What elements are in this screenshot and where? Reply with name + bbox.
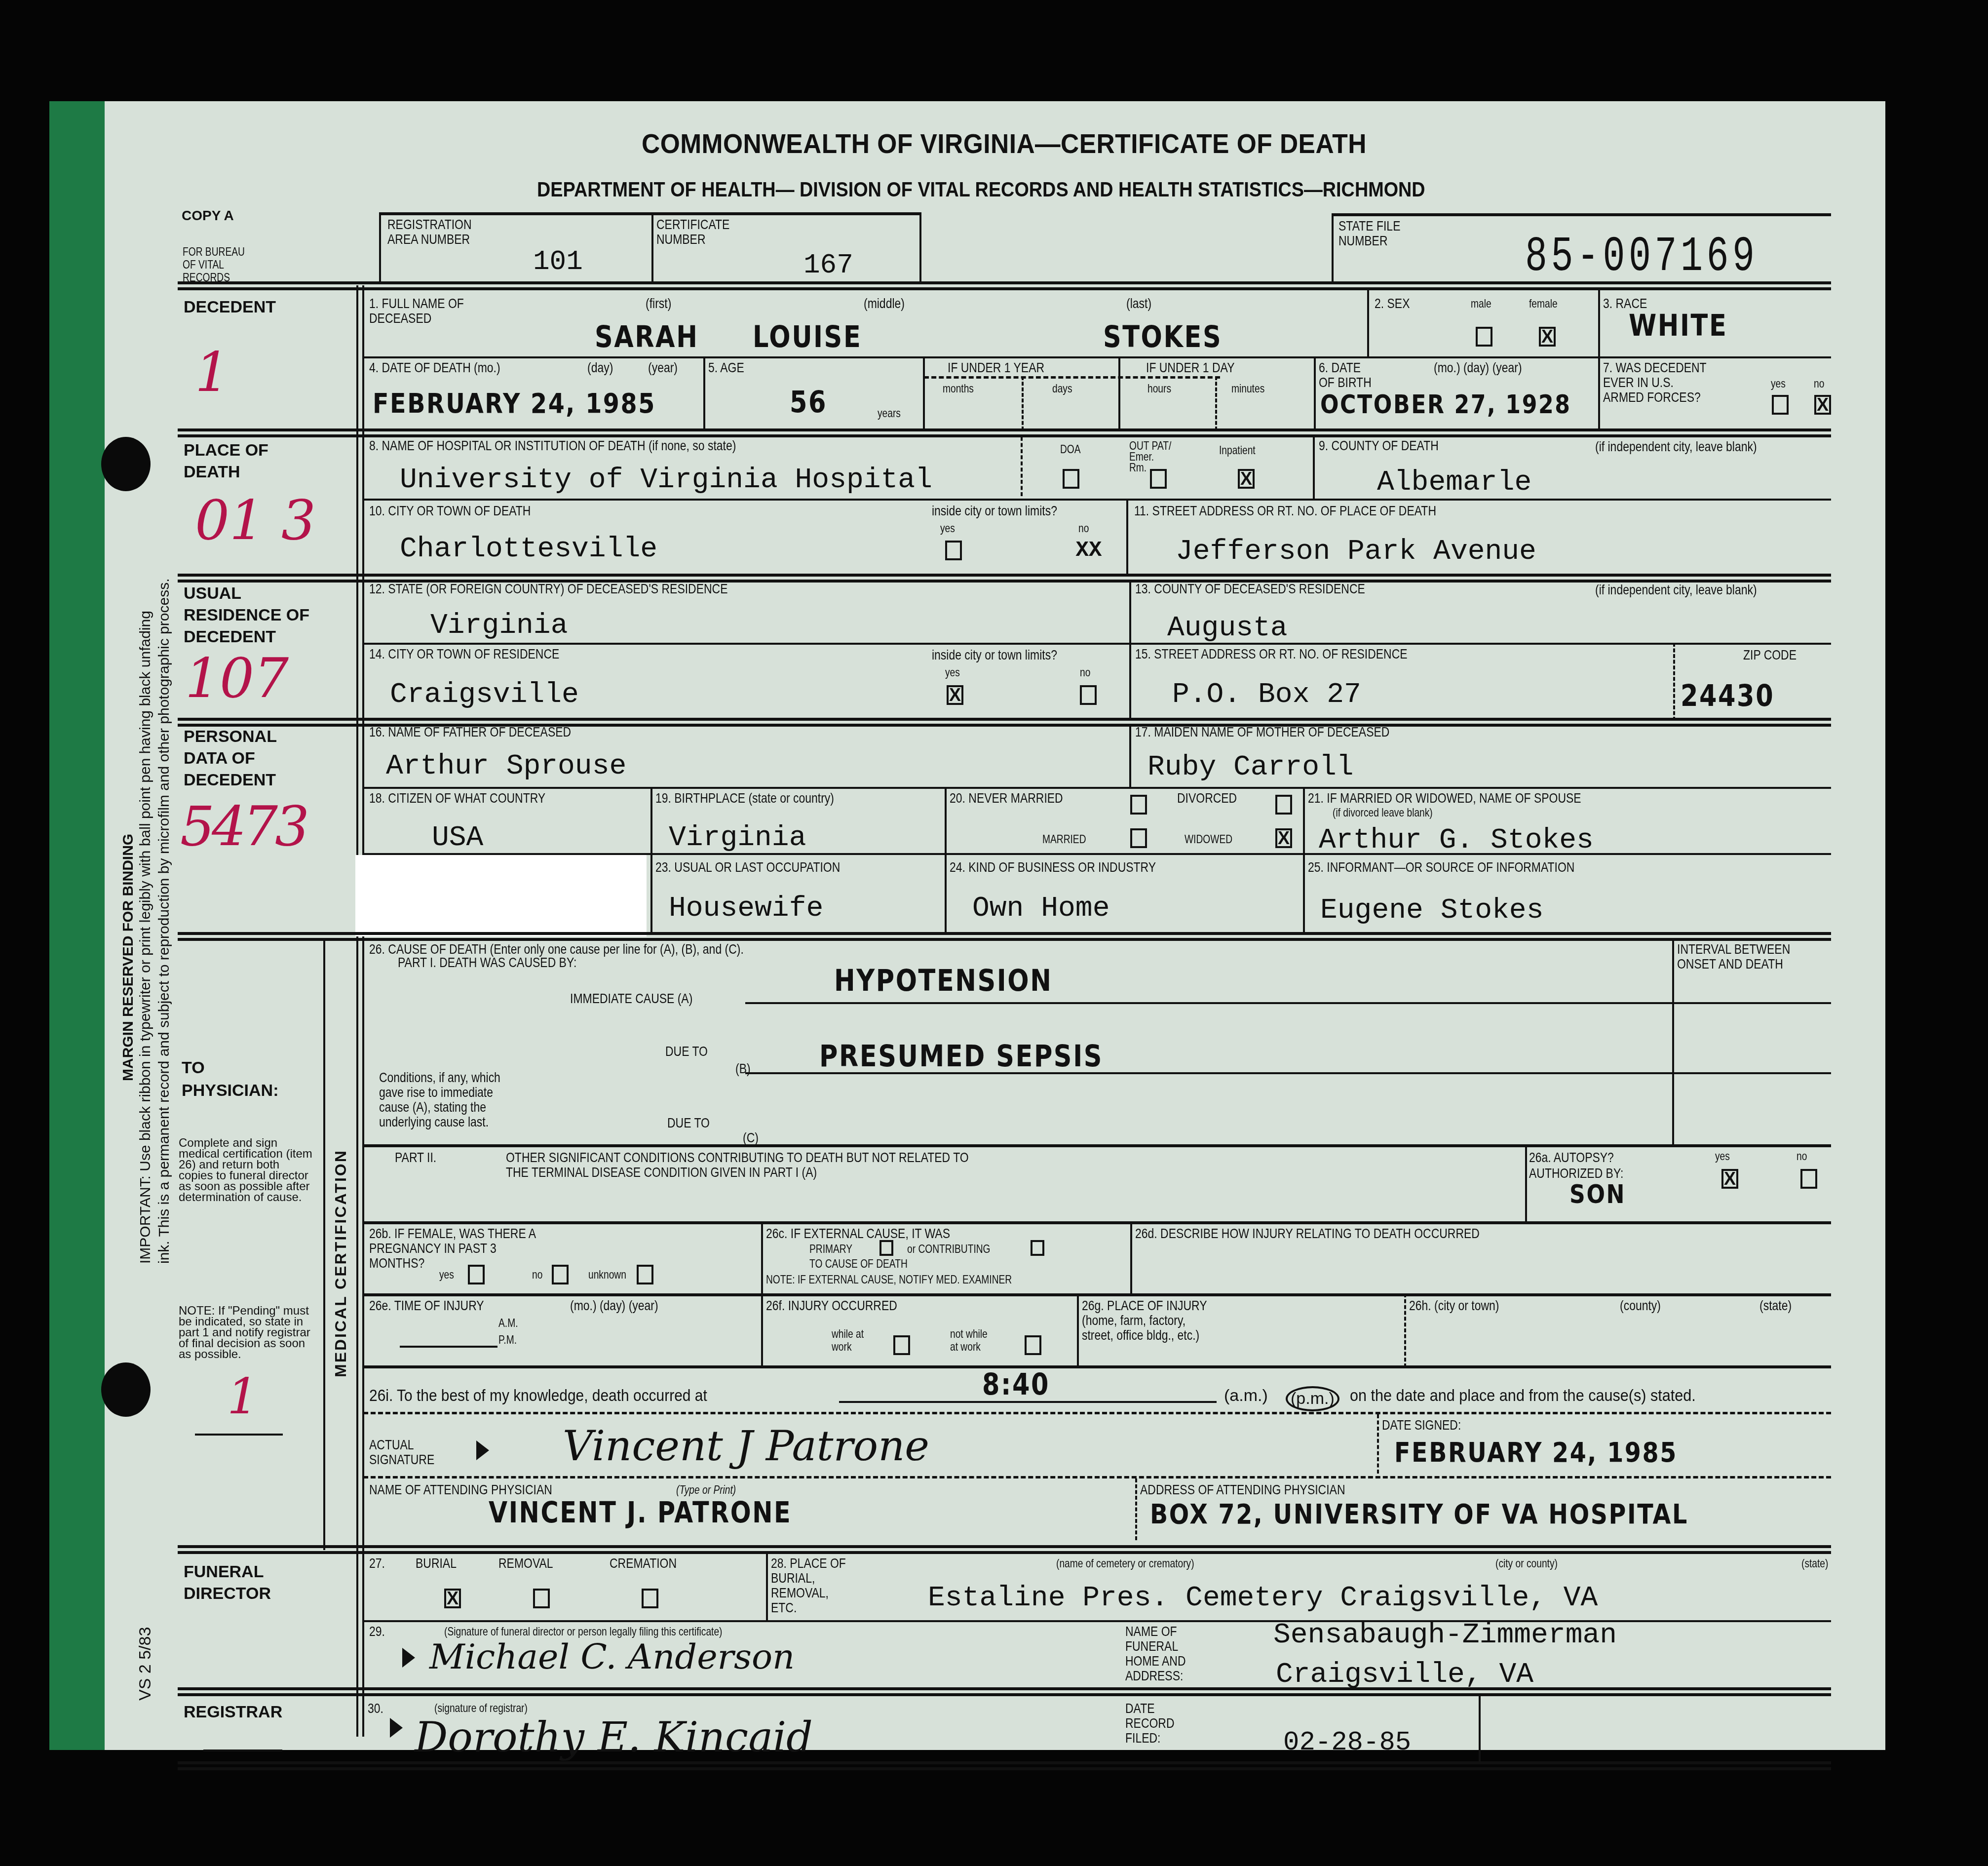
certificate-number: 167	[803, 249, 853, 281]
funeral-director-signature[interactable]: Michael C. Anderson	[429, 1636, 795, 1677]
date-signed[interactable]: FEBRUARY 24, 1985	[1394, 1437, 1678, 1469]
punch-hole-top	[101, 437, 151, 491]
decedent-code: 1	[195, 341, 229, 404]
rule	[1673, 643, 1675, 721]
funeral-signature-arrow-icon	[402, 1648, 415, 1668]
f13-hint: (if independent city, leave blank)	[1595, 583, 1757, 597]
rule	[363, 787, 1831, 789]
rule	[1135, 1478, 1137, 1540]
rule	[945, 787, 947, 935]
usual-residence-code: 107	[185, 647, 289, 710]
f27-label: 27.	[369, 1556, 385, 1571]
under-1-day-label: IF UNDER 1 DAY	[1146, 360, 1234, 375]
married-checkbox[interactable]	[1130, 828, 1147, 848]
f10-label: 10. CITY OR TOWN OF DEATH	[369, 504, 531, 518]
rule	[1672, 938, 1674, 1144]
time-of-death[interactable]: 8:40	[982, 1367, 1050, 1402]
due-to-b-label: DUE TO	[665, 1044, 708, 1059]
rule	[1332, 213, 1334, 282]
external-contributing-checkbox[interactable]	[1031, 1240, 1044, 1256]
rule	[1130, 1221, 1132, 1295]
f26b-label: 26b. IF FEMALE, WAS THERE A PREGNANCY IN…	[369, 1226, 539, 1271]
place-of-death-code: 01 3	[195, 489, 316, 552]
f2-female-label: female	[1529, 298, 1558, 311]
age-value[interactable]: 56	[790, 385, 827, 420]
autopsy-yes-checkbox[interactable]: X	[1721, 1169, 1738, 1189]
section-personal-data: PERSONAL DATA OF DECEDENT	[184, 726, 302, 791]
rule	[919, 212, 921, 281]
rule	[1021, 437, 1023, 496]
medical-certification-label: MEDICAL CERTIFICATION	[330, 1149, 351, 1377]
f16-label: 16. NAME OF FATHER OF DECEASED	[369, 725, 571, 739]
immediate-cause[interactable]: HYPOTENSION	[834, 964, 1052, 998]
never-married-checkbox[interactable]	[1130, 795, 1147, 815]
f15-label: 15. STREET ADDRESS OR RT. NO. OF RESIDEN…	[1135, 647, 1408, 661]
registration-area-number: 101	[533, 246, 583, 277]
f10-yes-label: yes	[940, 522, 955, 535]
state-of-residence[interactable]: Virginia	[430, 610, 568, 642]
occupation[interactable]: Housewife	[669, 893, 823, 925]
rule	[178, 718, 1831, 721]
autopsy-yes-label: yes	[1715, 1150, 1730, 1163]
registrar-signature-arrow-icon	[390, 1718, 403, 1738]
rule	[839, 1401, 1217, 1403]
rule	[178, 287, 1831, 290]
f26d-label: 26d. DESCRIBE HOW INJURY RELATING TO DEA…	[1135, 1226, 1480, 1241]
rule	[379, 212, 381, 281]
f7-yes-label: yes	[1771, 378, 1786, 390]
spouse-name[interactable]: Arthur G. Stokes	[1319, 824, 1594, 856]
binding-strip	[49, 101, 105, 1750]
hospital-name[interactable]: University of Virginia Hospital	[400, 464, 932, 496]
mother-maiden-name[interactable]: Ruby Carroll	[1147, 751, 1354, 783]
part1-label: PART I. DEATH WAS CAUSED BY:	[398, 955, 576, 970]
f8-label: 8. NAME OF HOSPITAL OR INSTITUTION OF DE…	[369, 438, 736, 453]
rule	[745, 1072, 1831, 1074]
f26i-prefix: 26i. To the best of my knowledge, death …	[369, 1386, 707, 1405]
rule	[1126, 499, 1128, 577]
city-of-death[interactable]: Charlottesville	[400, 533, 657, 565]
f26e-cols-label: (mo.) (day) (year)	[570, 1298, 658, 1313]
rule	[363, 1412, 1831, 1414]
doa-label: DOA	[1060, 443, 1081, 456]
redacted-field	[355, 855, 647, 936]
rule	[766, 1553, 768, 1622]
decedent-middle-name[interactable]: LOUISE	[753, 320, 862, 354]
age-unit: years	[878, 407, 901, 420]
f14-no-label: no	[1080, 666, 1090, 679]
rule	[323, 939, 325, 1550]
date-signed-label: DATE SIGNED:	[1382, 1418, 1461, 1433]
physician-address[interactable]: BOX 72, UNIVERSITY OF VA HOSPITAL	[1150, 1498, 1688, 1530]
while-at-work-checkbox[interactable]	[893, 1335, 910, 1355]
f2-label: 2. SEX	[1375, 296, 1410, 311]
f21-label: 21. IF MARRIED OR WIDOWED, NAME OF SPOUS…	[1308, 791, 1581, 806]
rule	[1303, 787, 1305, 935]
rule	[400, 1346, 497, 1348]
pm-option-circled[interactable]: (p.m.)	[1286, 1386, 1339, 1411]
rule	[1314, 356, 1316, 430]
section-usual-residence: USUAL RESIDENCE OF DECEDENT	[184, 583, 332, 648]
f26h-state-label: (state)	[1759, 1298, 1792, 1313]
divorced-checkbox[interactable]	[1275, 795, 1292, 815]
inpatient-checkbox[interactable]: X	[1238, 469, 1255, 489]
months-label: months	[943, 383, 974, 395]
rule	[363, 1476, 1831, 1478]
due-to-c-label: DUE TO	[667, 1116, 710, 1130]
not-while-at-work-checkbox[interactable]	[1025, 1335, 1041, 1355]
autopsy-authorized-label: AUTHORIZED BY:	[1529, 1166, 1623, 1181]
f4-year-label: (year)	[648, 360, 678, 375]
external-to-cause-label: TO CAUSE OF DEATH	[809, 1258, 908, 1271]
f1-last-label: (last)	[1126, 296, 1151, 311]
pending-note: NOTE: If "Pending" must be indicated, so…	[179, 1306, 317, 1360]
rule	[923, 356, 925, 430]
rule	[651, 212, 653, 281]
rule	[761, 1293, 763, 1367]
f30-label: 30.	[368, 1701, 383, 1716]
copy-label: COPY A	[182, 205, 234, 227]
rule	[1129, 724, 1131, 788]
immediate-cause-label: IMMEDIATE CAUSE (A)	[570, 991, 692, 1006]
f26c-label: 26c. IF EXTERNAL CAUSE, IT WAS	[766, 1226, 950, 1241]
section-registrar: REGISTRAR	[184, 1701, 282, 1723]
f28-state-hint: (state)	[1801, 1557, 1828, 1570]
doa-checkbox[interactable]	[1063, 469, 1079, 489]
pregnancy-no-label: no	[532, 1269, 542, 1282]
rule	[178, 1767, 1831, 1770]
registrar-signature[interactable]: Dorothy E. Kincaid	[415, 1713, 813, 1761]
rule	[1129, 643, 1131, 721]
important-note-line2: ink. This is a permanent record and subj…	[157, 579, 172, 1264]
part2-label: PART II.	[395, 1150, 436, 1165]
f11-label: 11. STREET ADDRESS OR RT. NO. OF PLACE O…	[1134, 504, 1436, 518]
sex-male-checkbox[interactable]	[1476, 327, 1492, 347]
f25-label: 25. INFORMANT—OR SOURCE OF INFORMATION	[1308, 860, 1574, 875]
f10-limits-label: inside city or town limits?	[932, 504, 1057, 518]
rule	[363, 1365, 1831, 1368]
state-file-label: STATE FILE NUMBER	[1338, 219, 1415, 248]
rule	[178, 428, 1831, 431]
rule	[178, 1545, 1831, 1548]
rule	[178, 938, 1831, 941]
rule	[363, 1221, 1831, 1224]
external-cause-note: NOTE: IF EXTERNAL CAUSE, NOTIFY MED. EXA…	[766, 1274, 1012, 1286]
cause-b[interactable]: PRESUMED SEPSIS	[819, 1039, 1103, 1074]
rule	[178, 1687, 1831, 1690]
f18-label: 18. CITIZEN OF WHAT COUNTRY	[369, 791, 545, 806]
rule	[1215, 376, 1217, 430]
autopsy-label: 26a. AUTOPSY?	[1529, 1150, 1614, 1165]
autopsy-no-checkbox[interactable]	[1800, 1169, 1817, 1189]
date-of-birth[interactable]: OCTOBER 27, 1928	[1320, 390, 1571, 420]
bureau-label: FOR BUREAU OF VITAL RECORDS	[183, 246, 258, 284]
f26f-label: 26f. INJURY OCCURRED	[766, 1298, 897, 1313]
to-physician-code: 1	[227, 1367, 259, 1425]
county-of-residence[interactable]: Augusta	[1167, 612, 1288, 644]
pregnancy-unknown-checkbox[interactable]	[637, 1265, 653, 1284]
county-of-death[interactable]: Albemarle	[1377, 466, 1531, 499]
under-1-year-label: IF UNDER 1 YEAR	[948, 360, 1044, 375]
autopsy-authorized-by[interactable]: SON	[1569, 1180, 1626, 1209]
funeral-home-address[interactable]: Craigsville, VA	[1276, 1659, 1533, 1691]
zip-label: ZIP CODE	[1743, 648, 1797, 662]
f12-label: 12. STATE (OR FOREIGN COUNTRY) OF DECEAS…	[369, 582, 727, 596]
residence-in-city-yes-checkbox[interactable]: X	[947, 685, 963, 705]
f10-no-label: no	[1078, 522, 1089, 535]
pregnancy-no-checkbox[interactable]	[552, 1265, 569, 1284]
rule	[363, 499, 1831, 501]
inpatient-label: Inpatient	[1219, 444, 1256, 457]
never-married-label: 20. NEVER MARRIED	[950, 791, 1063, 806]
f4-day-label: (day)	[587, 360, 613, 375]
page-subtitle: DEPARTMENT OF HEALTH— DIVISION OF VITAL …	[537, 178, 1425, 201]
rule	[1118, 356, 1120, 430]
c-label: (C)	[743, 1130, 759, 1145]
section-funeral-director: FUNERAL DIRECTOR	[184, 1561, 302, 1604]
rule	[178, 434, 1831, 437]
f1-first-label: (first)	[646, 296, 671, 311]
rule	[1479, 1694, 1481, 1763]
f24-label: 24. KIND OF BUSINESS OR INDUSTRY	[950, 860, 1156, 875]
rule	[1367, 289, 1369, 358]
f17-label: 17. MAIDEN NAME OF MOTHER OF DECEASED	[1135, 725, 1389, 739]
registration-area-label: REGISTRATION AREA NUMBER	[387, 217, 485, 247]
minutes-label: minutes	[1231, 383, 1264, 395]
armed-forces-yes-checkbox[interactable]	[1772, 395, 1789, 415]
city-of-residence[interactable]: Craigsville	[390, 679, 579, 711]
physician-instructions: Complete and sign medical certification …	[179, 1138, 317, 1203]
binding-margin-note: MARGIN RESERVED FOR BINDING	[121, 834, 136, 1081]
rule	[178, 574, 1831, 577]
funeral-home-name[interactable]: Sensabaugh-Zimmerman	[1273, 1619, 1617, 1651]
removal-label: REMOVAL	[498, 1556, 553, 1571]
rule	[1077, 1293, 1079, 1367]
f14-limits-label: inside city or town limits?	[932, 648, 1057, 662]
divorced-label: DIVORCED	[1177, 791, 1237, 806]
f5-label: 5. AGE	[708, 360, 744, 375]
actual-signature-label: ACTUAL SIGNATURE	[369, 1438, 438, 1467]
rule	[1404, 1293, 1406, 1367]
cremation-label: CREMATION	[610, 1556, 677, 1571]
f28-city-hint: (city or county)	[1495, 1557, 1558, 1570]
state-file-number: 85-007169	[1525, 230, 1759, 285]
rule	[195, 1434, 283, 1436]
certificate-number-label: CERTIFICATE NUMBER	[656, 217, 737, 247]
while-at-work-label: while at work	[832, 1328, 867, 1354]
date-filed-label: DATE RECORD FILED:	[1125, 1701, 1198, 1746]
rule	[178, 1693, 1831, 1696]
f21-hint: (if divorced leave blank)	[1333, 807, 1433, 819]
external-contributing-label: or CONTRIBUTING	[907, 1243, 991, 1256]
widowed-checkbox[interactable]: X	[1275, 828, 1292, 848]
street-address-of-death[interactable]: Jefferson Park Avenue	[1176, 536, 1536, 568]
street-address-of-residence[interactable]: P.O. Box 27	[1172, 679, 1361, 711]
rule	[1022, 376, 1024, 430]
am-option[interactable]: (a.m.)	[1224, 1386, 1268, 1405]
f7-label: 7. WAS DECEDENT EVER IN U.S. ARMED FORCE…	[1603, 360, 1708, 405]
am-label: A.M.	[498, 1317, 518, 1330]
section-decedent: DECEDENT	[184, 296, 276, 318]
rule	[363, 1144, 1831, 1147]
f29-label: 29.	[369, 1624, 385, 1639]
physician-name[interactable]: VINCENT J. PATRONE	[489, 1496, 792, 1529]
f28-name-hint: (name of cemetery or crematory)	[1056, 1557, 1194, 1570]
external-primary-label: PRIMARY	[809, 1243, 852, 1256]
informant[interactable]: Eugene Stokes	[1320, 894, 1543, 927]
f14-yes-label: yes	[945, 666, 960, 679]
f4-label: 4. DATE OF DEATH	[369, 360, 471, 375]
pregnancy-yes-label: yes	[439, 1269, 454, 1282]
rule	[1525, 1144, 1527, 1223]
rule	[650, 787, 652, 935]
f26h-label: 26h. (city or town)	[1409, 1298, 1499, 1313]
f26e-label: 26e. TIME OF INJURY	[369, 1298, 484, 1313]
rule	[1598, 356, 1600, 430]
rule	[1377, 1414, 1379, 1474]
hours-label: hours	[1147, 383, 1171, 395]
not-while-at-work-label: not while at work	[950, 1328, 994, 1354]
rule	[1598, 289, 1600, 358]
autopsy-no-label: no	[1797, 1150, 1807, 1163]
pregnancy-unknown-label: unknown	[588, 1269, 626, 1282]
birthplace[interactable]: Virginia	[669, 822, 806, 854]
rule	[1333, 213, 1831, 216]
f1-middle-label: (middle)	[864, 296, 905, 311]
race-value[interactable]: WHITE	[1629, 309, 1727, 343]
rule	[924, 376, 1220, 379]
business-industry[interactable]: Own Home	[972, 893, 1109, 925]
interval-label: INTERVAL BETWEEN ONSET AND DEATH	[1677, 942, 1798, 972]
part2-text: OTHER SIGNIFICANT CONDITIONS CONTRIBUTIN…	[506, 1150, 971, 1180]
f6-cols-label: (mo.) (day) (year)	[1434, 360, 1522, 375]
section-place-of-death: PLACE OF DEATH	[184, 439, 302, 483]
date-filed[interactable]: 02-28-85	[1283, 1728, 1411, 1758]
physician-name-label: NAME OF ATTENDING PHYSICIAN	[369, 1482, 552, 1497]
physician-address-label: ADDRESS OF ATTENDING PHYSICIAN	[1140, 1482, 1345, 1497]
rule	[356, 285, 358, 1737]
rule	[363, 356, 1831, 358]
f7-no-label: no	[1814, 378, 1824, 390]
rule	[703, 356, 705, 430]
rule	[745, 1002, 1831, 1004]
important-note-line1: IMPORTANT: Use black ribbon in typewrite…	[138, 611, 153, 1264]
f9-label: 9. COUNTY OF DEATH	[1319, 438, 1439, 453]
rule	[178, 1551, 1831, 1554]
rule	[363, 1293, 1831, 1296]
rule	[362, 285, 364, 1737]
f9-hint: (if independent city, leave blank)	[1595, 439, 1757, 454]
f26i-suffix: on the date and place and from the cause…	[1350, 1386, 1696, 1405]
external-primary-checkbox[interactable]	[879, 1240, 893, 1256]
rule	[178, 281, 1831, 284]
citizenship[interactable]: USA	[432, 822, 483, 854]
removal-checkbox[interactable]	[533, 1589, 550, 1608]
page-title: COMMONWEALTH OF VIRGINIA—CERTIFICATE OF …	[642, 127, 1367, 159]
funeral-home-label: NAME OF FUNERAL HOME AND ADDRESS:	[1125, 1624, 1206, 1683]
f26h-county-label: (county)	[1620, 1298, 1661, 1313]
pm-label: P.M.	[498, 1334, 517, 1347]
married-label: MARRIED	[1042, 833, 1086, 846]
physician-signature[interactable]: Vincent J Patrone	[563, 1422, 929, 1470]
f28-label: 28. PLACE OF BURIAL, REMOVAL, ETC.	[771, 1556, 852, 1615]
date-of-death[interactable]: FEBRUARY 24, 1985	[373, 388, 656, 420]
rule	[1313, 435, 1315, 500]
decedent-first-name[interactable]: SARAH	[595, 320, 698, 354]
residence-in-city-no-checkbox[interactable]	[1080, 685, 1097, 705]
f13-label: 13. COUNTY OF DECEASED'S RESIDENCE	[1135, 582, 1365, 596]
burial-label: BURIAL	[416, 1556, 457, 1571]
conditions-note: Conditions, if any, which gave rise to i…	[379, 1070, 513, 1129]
f26g-label: 26g. PLACE OF INJURY (home, farm, factor…	[1082, 1298, 1220, 1343]
signature-arrow-icon	[476, 1440, 489, 1460]
death-in-city-yes-checkbox[interactable]	[945, 541, 962, 560]
sex-female-checkbox[interactable]: X	[1539, 327, 1556, 347]
decedent-last-name[interactable]: STOKES	[1103, 320, 1222, 354]
rule	[761, 1221, 763, 1295]
f1-label: 1. FULL NAME OF DECEASED	[369, 296, 474, 326]
physician-name-hint: (Type or Print)	[676, 1484, 736, 1497]
burial-place[interactable]: Estaline Pres. Cemetery Craigsville, VA	[928, 1582, 1598, 1614]
f19-label: 19. BIRTHPLACE (state or country)	[655, 791, 834, 806]
zip-code[interactable]: 24430	[1681, 679, 1774, 713]
form-code: VS 2 5/83	[136, 1627, 155, 1701]
burial-checkbox[interactable]: X	[444, 1589, 461, 1608]
rule	[363, 643, 1831, 645]
armed-forces-no-checkbox[interactable]: X	[1814, 395, 1831, 415]
rule	[1129, 581, 1131, 645]
f4-mo-label: (mo.)	[474, 360, 500, 375]
death-in-city-no-checkbox[interactable]: XX	[1072, 541, 1106, 560]
father-name[interactable]: Arthur Sprouse	[386, 750, 626, 782]
rule	[379, 212, 921, 215]
rule	[178, 1761, 1831, 1764]
section-to-physician: TO PHYSICIAN:	[182, 1056, 300, 1102]
punch-hole-bottom	[101, 1362, 151, 1417]
days-label: days	[1052, 383, 1072, 395]
widowed-label: WIDOWED	[1185, 833, 1232, 846]
cremation-checkbox[interactable]	[642, 1589, 658, 1608]
f6-label: 6. DATE OF BIRTH	[1319, 360, 1379, 390]
personal-data-code: 5473	[180, 795, 306, 858]
rule	[203, 1749, 282, 1751]
f14-label: 14. CITY OR TOWN OF RESIDENCE	[369, 647, 559, 661]
f23-label: 23. USUAL OR LAST OCCUPATION	[655, 860, 840, 875]
f2-male-label: male	[1471, 298, 1491, 311]
outpatient-checkbox[interactable]	[1150, 469, 1167, 489]
rule	[178, 932, 1831, 935]
pregnancy-yes-checkbox[interactable]	[468, 1265, 485, 1284]
